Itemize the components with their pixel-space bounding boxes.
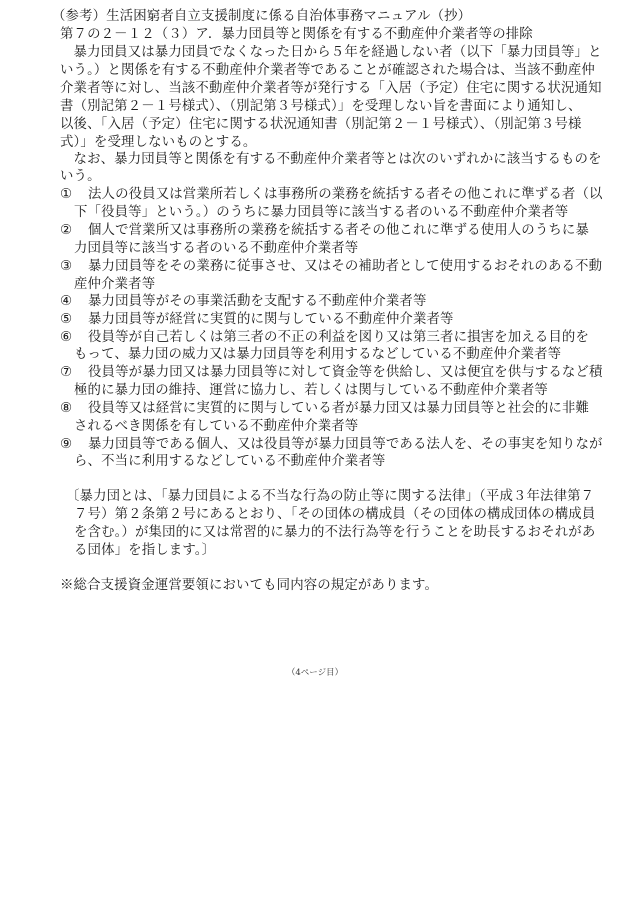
paragraph-line: 介業者等に対し、当該不動産仲介業者等が発行する「入居（予定）住宅に関する状況通知 — [60, 80, 602, 97]
list-marker: ⑨ — [60, 436, 72, 453]
section-title: 第７の２－１２（３）ア．暴力団員等と関係を有する不動産仲介業者等の排除 — [60, 26, 533, 43]
list-item-line: 暴力団員等である個人、又は役員等が暴力団員等である法人を、その事実を知りなが — [88, 436, 603, 453]
list-item-line: 個人で営業所又は事務所の業務を統括する者その他これに準ずる使用人のうちに暴 — [88, 222, 589, 239]
list-marker: ④ — [60, 293, 72, 310]
list-item-line: 暴力団員等が経営に実質的に関与している不動産仲介業者等 — [88, 311, 454, 328]
list-item-line: 役員等又は経営に実質的に関与している者が暴力団又は暴力団員等と社会的に非難 — [88, 400, 589, 417]
note-line: を含む。）が集団的に又は常習的に暴力的不法行為等を行うことを助長するおそれがあ — [74, 524, 595, 541]
list-item-line: もって、暴力団の威力又は暴力団員等を利用するなどしている不動産仲介業者等 — [74, 346, 561, 363]
paragraph-line: 暴力団員又は暴力団員でなくなった日から５年を経過しない者（以下「暴力団員等」と — [60, 44, 602, 61]
list-item-line: 暴力団員等がその事業活動を支配する不動産仲介業者等 — [88, 293, 427, 310]
document-heading: （参考）生活困窮者自立支援制度に係る自治体事務マニュアル（抄） — [52, 8, 471, 25]
note-line: 〔暴力団とは、「暴力団員による不当な行為の防止等に関する法律」（平成３年法律第７ — [66, 488, 594, 505]
list-marker: ③ — [60, 258, 72, 275]
list-marker: ① — [60, 186, 72, 203]
paragraph-line: 式）」を受理しないものとする。 — [60, 134, 256, 151]
list-item-line: 役員等が自己若しくは第三者の不正の利益を図り又は第三者に損害を加える目的を — [88, 329, 589, 346]
list-item-line: 下「役員等」という。）のうちに暴力団員等に該当する者のいる不動産仲介業者等 — [74, 204, 568, 221]
paragraph-line: いう。 — [60, 168, 101, 185]
list-item-line: 暴力団員等をその業務に従事させ、又はその補助者として使用するおそれのある不動 — [88, 258, 602, 275]
list-item-line: ら、不当に利用するなどしている不動産仲介業者等 — [74, 453, 385, 470]
list-marker: ⑧ — [60, 400, 72, 417]
list-item-line: 法人の役員又は営業所若しくは事務所の業務を統括する者その他これに準ずる者（以 — [88, 186, 603, 203]
paragraph-line: 書（別記第２－１号様式）、（別記第３号様式）」を受理しない旨を書面により通知し、 — [60, 98, 582, 115]
page-number: （4ページ目） — [0, 666, 630, 678]
list-item-line: 産仲介業者等 — [74, 276, 155, 293]
note-line: る団体」を指します。〕 — [74, 542, 215, 559]
list-marker: ⑦ — [60, 364, 72, 381]
note-line: ７号）第２条第２号にあるとおり、「その団体の構成員（その団体の構成団体の構成員 — [74, 506, 595, 523]
list-item-line: 極的に暴力団の維持、運営に協力し、若しくは関与している不動産仲介業者等 — [74, 382, 548, 399]
list-marker: ⑤ — [60, 311, 72, 328]
list-marker: ② — [60, 222, 72, 239]
document-page: （参考）生活困窮者自立支援制度に係る自治体事務マニュアル（抄） 第７の２－１２（… — [0, 0, 630, 903]
remark: ※総合支援資金運営要領においても同内容の規定があります。 — [60, 577, 438, 594]
paragraph-line: なお、暴力団員等と関係を有する不動産仲介業者等とは次のいずれかに該当するものを — [60, 151, 602, 168]
list-marker: ⑥ — [60, 329, 72, 346]
list-item-line: されるべき関係を有している不動産仲介業者等 — [74, 418, 358, 435]
paragraph-line: いう。）と関係を有する不動産仲介業者等であることが確認された場合は、当該不動産仲 — [60, 62, 595, 79]
list-item-line: 役員等が暴力団又は暴力団員等に対して資金等を供給し、又は便宜を供与するなど積 — [88, 364, 603, 381]
list-item-line: 力団員等に該当する者のいる不動産仲介業者等 — [74, 240, 358, 257]
paragraph-line: 以後、「入居（予定）住宅に関する状況通知書（別記第２－１号様式）、（別記第３号様 — [60, 116, 582, 133]
